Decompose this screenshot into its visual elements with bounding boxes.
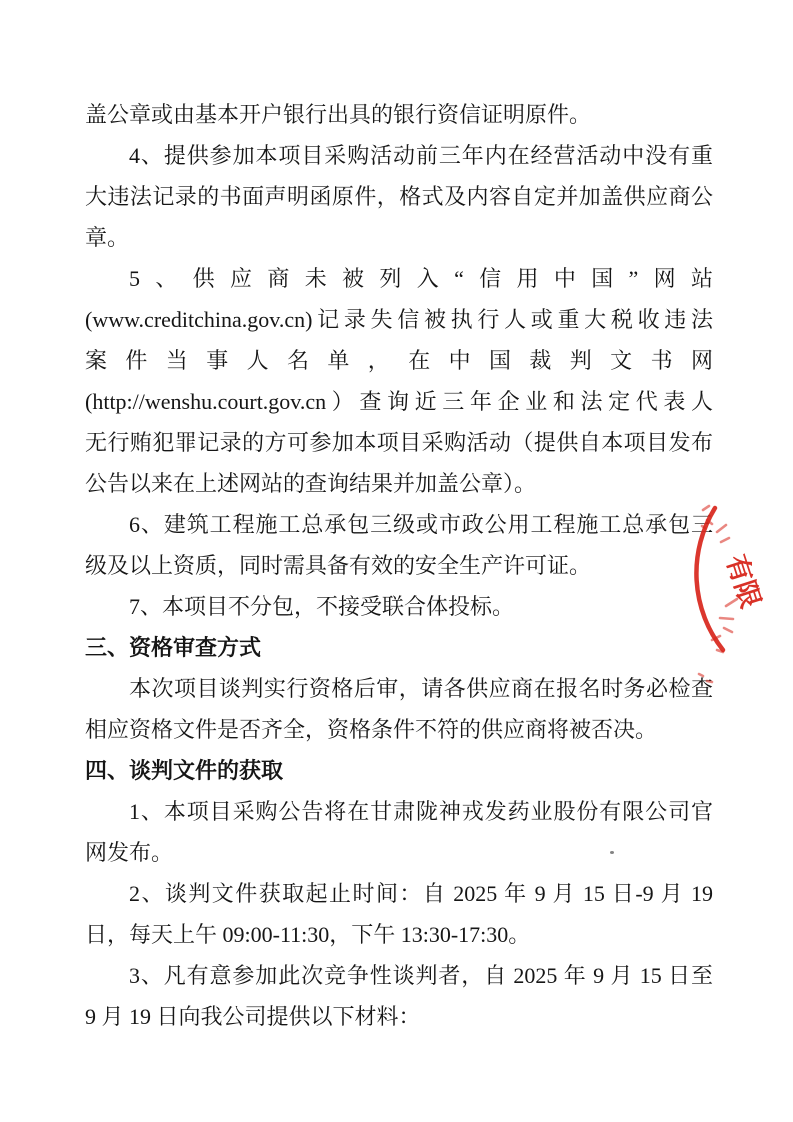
section-heading: 三、资格审查方式 xyxy=(85,627,713,668)
document-line: 日，每天上午 09:00-11:30，下午 13:30-17:30。 xyxy=(85,914,713,955)
ink-speck xyxy=(610,851,614,854)
document-line: 3、凡有意参加此次竞争性谈判者，自 2025 年 9 月 15 日至 xyxy=(85,955,713,996)
document-line: 2、谈判文件获取起止时间：自 2025 年 9 月 15 日-9 月 19 xyxy=(85,873,713,914)
document-line: 7、本项目不分包，不接受联合体投标。 xyxy=(85,586,713,627)
document-line: 案件当事人名单，在中国裁判文书网 xyxy=(85,340,713,381)
document-line: 9 月 19 日向我公司提供以下材料： xyxy=(85,996,713,1037)
document-body: 盖公章或由基本开户银行出具的银行资信证明原件。4、提供参加本项目采购活动前三年内… xyxy=(85,94,713,1037)
document-line: 6、建筑工程施工总承包三级或市政公用工程施工总承包三 xyxy=(85,504,713,545)
document-line: 本次项目谈判实行资格后审，请各供应商在报名时务必检查 xyxy=(85,668,713,709)
document-page: 盖公章或由基本开户银行出具的银行资信证明原件。4、提供参加本项目采购活动前三年内… xyxy=(0,0,793,1122)
document-line: 公告以来在上述网站的查询结果并加盖公章）。 xyxy=(85,463,713,504)
document-line: 章。 xyxy=(85,217,713,258)
section-heading: 四、谈判文件的获取 xyxy=(85,750,713,791)
document-line: 5、供应商未被列入“信用中国”网站 xyxy=(85,258,713,299)
seal-visible-text: 有限 xyxy=(721,551,766,612)
document-line: (http://wenshu.court.gov.cn）查询近三年企业和法定代表… xyxy=(85,381,713,422)
document-line: 大违法记录的书面声明函原件，格式及内容自定并加盖供应商公 xyxy=(85,176,713,217)
document-line: 1、本项目采购公告将在甘肃陇神戎发药业股份有限公司官 xyxy=(85,791,713,832)
document-line: 相应资格文件是否齐全，资格条件不符的供应商将被否决。 xyxy=(85,709,713,750)
document-line: 无行贿犯罪记录的方可参加本项目采购活动（提供自本项目发布 xyxy=(85,422,713,463)
document-line: 4、提供参加本项目采购活动前三年内在经营活动中没有重 xyxy=(85,135,713,176)
document-line: (www.creditchina.gov.cn)记录失信被执行人或重大税收违法 xyxy=(85,299,713,340)
ink-speck xyxy=(93,478,96,481)
document-line: 级及以上资质，同时需具备有效的安全生产许可证。 xyxy=(85,545,713,586)
document-line: 盖公章或由基本开户银行出具的银行资信证明原件。 xyxy=(85,94,713,135)
document-line: 网发布。 xyxy=(85,832,713,873)
